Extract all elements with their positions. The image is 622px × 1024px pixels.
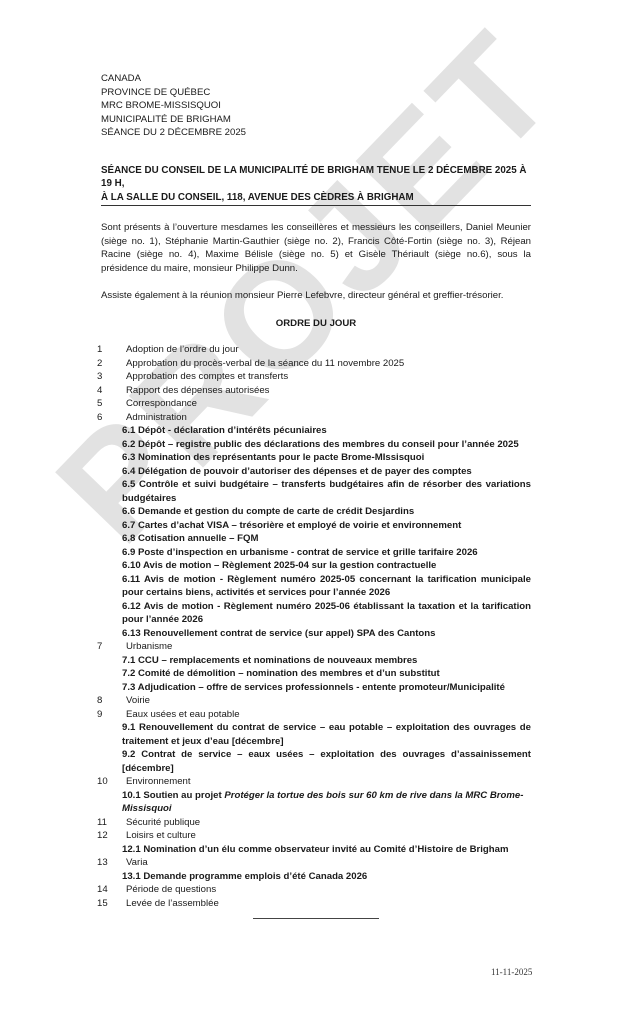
agenda-item-label: Administration xyxy=(126,411,531,425)
agenda-item: 1Adoption de l’ordre du jour xyxy=(97,343,531,357)
agenda-item-number: 8 xyxy=(97,694,126,708)
attendance-paragraph: Sont présents à l’ouverture mesdames les… xyxy=(101,221,531,275)
agenda-item: 15Levée de l’assemblée xyxy=(97,897,531,911)
agenda-item-label: Levée de l’assemblée xyxy=(126,897,531,911)
agenda-item-number: 12 xyxy=(97,829,126,843)
agenda-subitem: 6.4 Délégation de pouvoir d’autoriser de… xyxy=(97,465,531,479)
agenda-item: 7Urbanisme xyxy=(97,640,531,654)
agenda-item-label: Varia xyxy=(126,856,531,870)
agenda-item-number: 11 xyxy=(97,816,126,830)
agenda-item-label: Urbanisme xyxy=(126,640,531,654)
meeting-title-line1: SÉANCE DU CONSEIL DE LA MUNICIPALITÉ DE … xyxy=(101,164,531,191)
agenda-item-number: 13 xyxy=(97,856,126,870)
agenda-item: 4Rapport des dépenses autorisées xyxy=(97,384,531,398)
agenda-item: 13Varia xyxy=(97,856,531,870)
agenda-subitem: 6.7 Cartes d’achat VISA – trésorière et … xyxy=(97,519,531,533)
header-line: MUNICIPALITÉ DE BRIGHAM xyxy=(101,113,531,127)
agenda-subitem-prefix: 10.1 Soutien au projet xyxy=(122,790,224,801)
agenda-item: 11Sécurité publique xyxy=(97,816,531,830)
header-line: MRC BROME-MISSISQUOI xyxy=(101,99,531,113)
agenda-subitem: 7.1 CCU – remplacements et nominations d… xyxy=(97,654,531,668)
agenda-item: 10Environnement xyxy=(97,775,531,789)
header-line: PROVINCE DE QUÉBEC xyxy=(101,86,531,100)
agenda-item-label: Correspondance xyxy=(126,397,531,411)
agenda-subitem: 6.5 Contrôle et suivi budgétaire – trans… xyxy=(97,478,531,505)
agenda-subitem: 6.2 Dépôt – registre public des déclarat… xyxy=(97,438,531,452)
agenda-subitem: 6.6 Demande et gestion du compte de cart… xyxy=(97,505,531,519)
agenda-item-label: Adoption de l’ordre du jour xyxy=(126,343,531,357)
agenda-subitem: 7.2 Comité de démolition – nomination de… xyxy=(97,667,531,681)
agenda-subitem: 6.3 Nomination des représentants pour le… xyxy=(97,451,531,465)
meeting-title-line2: À LA SALLE DU CONSEIL, 118, AVENUE DES C… xyxy=(101,191,531,205)
header-line: SÉANCE DU 2 DÉCEMBRE 2025 xyxy=(101,126,531,140)
agenda-item-label: Approbation du procès-verbal de la séanc… xyxy=(126,357,531,371)
agenda-item-number: 5 xyxy=(97,397,126,411)
agenda-subitem: 12.1 Nomination d’un élu comme observate… xyxy=(97,843,531,857)
agenda-item-label: Période de questions xyxy=(126,883,531,897)
agenda-item: 2Approbation du procès-verbal de la séan… xyxy=(97,357,531,371)
agenda-item-number: 10 xyxy=(97,775,126,789)
agenda-title: ORDRE DU JOUR xyxy=(101,317,531,331)
header-line: CANADA xyxy=(101,72,531,86)
agenda-subitem: 9.2 Contrat de service – eaux usées – ex… xyxy=(97,748,531,775)
agenda-item-label: Eaux usées et eau potable xyxy=(126,708,531,722)
document-page: PROJET CANADA PROVINCE DE QUÉBEC MRC BRO… xyxy=(0,0,622,1024)
agenda-subitem: 6.1 Dépôt - déclaration d’intérêts pécun… xyxy=(97,424,531,438)
agenda-item-number: 3 xyxy=(97,370,126,384)
agenda-item: 9Eaux usées et eau potable xyxy=(97,708,531,722)
document-header: CANADA PROVINCE DE QUÉBEC MRC BROME-MISS… xyxy=(101,72,531,140)
agenda-item-label: Rapport des dépenses autorisées xyxy=(126,384,531,398)
agenda-item-number: 15 xyxy=(97,897,126,911)
agenda-subitem: 6.11 Avis de motion - Règlement numéro 2… xyxy=(97,573,531,600)
agenda-subitem: 6.13 Renouvellement contrat de service (… xyxy=(97,627,531,641)
agenda-list: 1Adoption de l’ordre du jour2Approbation… xyxy=(97,343,531,910)
agenda-item: 5Correspondance xyxy=(97,397,531,411)
agenda-subitem: 7.3 Adjudication – offre de services pro… xyxy=(97,681,531,695)
agenda-subitem: 6.8 Cotisation annuelle – FQM xyxy=(97,532,531,546)
agenda-item-number: 1 xyxy=(97,343,126,357)
document-content: CANADA PROVINCE DE QUÉBEC MRC BROME-MISS… xyxy=(101,72,531,919)
agenda-item-label: Environnement xyxy=(126,775,531,789)
agenda-subitem: 6.10 Avis de motion – Règlement 2025-04 … xyxy=(97,559,531,573)
agenda-subitem: 6.9 Poste d’inspection en urbanisme - co… xyxy=(97,546,531,560)
agenda-item-label: Voirie xyxy=(126,694,531,708)
agenda-item-number: 9 xyxy=(97,708,126,722)
agenda-item: 6Administration xyxy=(97,411,531,425)
separator-line xyxy=(253,918,379,919)
agenda-item-number: 6 xyxy=(97,411,126,425)
agenda-item-number: 2 xyxy=(97,357,126,371)
agenda-item: 8Voirie xyxy=(97,694,531,708)
meeting-title: SÉANCE DU CONSEIL DE LA MUNICIPALITÉ DE … xyxy=(101,164,531,207)
agenda-item-label: Loisirs et culture xyxy=(126,829,531,843)
agenda-subitem: 10.1 Soutien au projet Protéger la tortu… xyxy=(97,789,531,816)
agenda-subitem: 13.1 Demande programme emplois d’été Can… xyxy=(97,870,531,884)
agenda-subitem: 9.1 Renouvellement du contrat de service… xyxy=(97,721,531,748)
agenda-item-label: Approbation des comptes et transferts xyxy=(126,370,531,384)
agenda-item: 3Approbation des comptes et transferts xyxy=(97,370,531,384)
agenda-item: 14Période de questions xyxy=(97,883,531,897)
agenda-subitem: 6.12 Avis de motion - Règlement numéro 2… xyxy=(97,600,531,627)
agenda-item-number: 4 xyxy=(97,384,126,398)
agenda-item-number: 7 xyxy=(97,640,126,654)
agenda-item-label: Sécurité publique xyxy=(126,816,531,830)
footer-date: 11-11-2025 xyxy=(491,967,532,977)
agenda-item: 12Loisirs et culture xyxy=(97,829,531,843)
also-present-paragraph: Assiste également à la réunion monsieur … xyxy=(101,289,531,303)
agenda-item-number: 14 xyxy=(97,883,126,897)
